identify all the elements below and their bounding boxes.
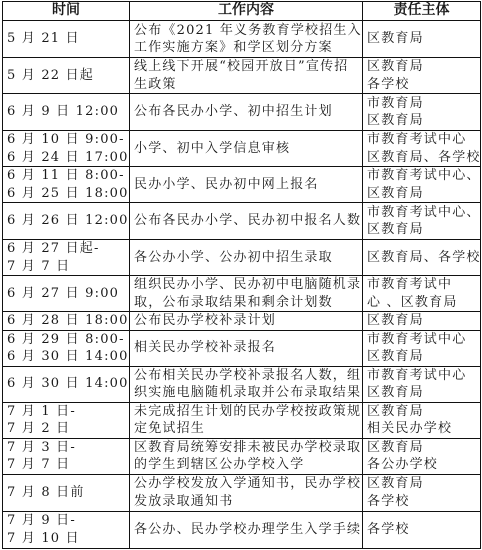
owner-cell-line: 区教育局 [367,348,480,366]
time-cell-line: 6 月 24 日 17:00 [7,149,129,167]
task-cell-line: 各公办小学、公办初中招生录取 [134,249,362,267]
owner-cell-line: 心 、区教育局 [367,294,480,312]
owner-cell-line: 区教育局 [367,475,480,493]
task-cell: 公布各民办小学、民办初中报名人数 [130,203,363,240]
task-cell-line: 生政策 [134,76,362,94]
owner-cell-line: 市教育考试中心、 [367,167,480,185]
table-row: 6 月 27 日起-7 月 7 日各公办小学、公办初中招生录取区教育局、各学校 [3,240,481,276]
owner-cell-line: 各学校 [367,493,480,511]
table-row: 6 月 11 日 8:00-6 月 25 日 18:00民办小学、民办初中网上报… [3,167,481,203]
task-cell: 公布相关民办学校补录报名人数，组织实施电脑随机录取并公布录取结果 [130,366,363,402]
owner-cell-line: 各学校 [367,521,480,539]
task-cell-line: 公办学校发放入学通知书，民办学校 [134,475,362,493]
table-row: 6 月 10 日 9:00-6 月 24 日 17:00小学、初中入学信息审核市… [3,131,481,167]
owner-cell-line: 各学校 [367,76,480,94]
time-cell: 5 月 21 日 [3,21,130,58]
task-cell-line: 公布民办学校补录计划 [134,312,362,330]
table-row: 5 月 22 日起线上线下开展“校园开放日”宣传招生政策区教育局各学校 [3,58,481,94]
header-task: 工作内容 [130,2,363,21]
time-cell: 7 月 3 日-7 月 7 日 [3,438,130,474]
task-cell-line: 织实施电脑随机录取并公布录取结果 [134,384,362,402]
owner-cell-line: 市教育考试中心 [367,331,480,349]
task-cell-line: 取，公布录取结果和剩余计划数 [134,294,362,312]
owner-cell-line: 区教育局 [367,312,480,330]
owner-cell: 区教育局 [363,312,481,331]
task-cell: 各公办、民办学校办理学生入学手续 [130,511,363,548]
owner-cell-line: 相关民办学校 [367,420,480,438]
owner-cell-line: 市教育局 [367,95,480,113]
time-cell-line: 6 月 10 日 9:00- [7,131,129,149]
owner-cell: 区教育局各公办学校 [363,438,481,474]
task-cell: 线上线下开展“校园开放日”宣传招生政策 [130,58,363,94]
owner-cell-line: 区教育局 [367,439,480,457]
owner-cell-line: 区教育局 [367,221,480,239]
time-cell-line: 7 月 8 日前 [7,484,129,502]
owner-cell-line: 区教育局 [367,112,480,130]
time-cell-line: 6 月 27 日起- [7,240,129,258]
task-cell-line: 区教育局统筹安排未被民办学校录取 [134,439,362,457]
task-cell: 各公办小学、公办初中招生录取 [130,240,363,276]
table-row: 6 月 30 日 14:00公布相关民办学校补录报名人数，组织实施电脑随机录取并… [3,366,481,402]
time-cell-line: 6 月 25 日 18:00 [7,185,129,203]
time-cell-line: 6 月 30 日 14:00 [7,348,129,366]
task-cell-line: 未完成招生计划的民办学校按政策规 [134,403,362,421]
time-cell: 6 月 29 日 8:00-6 月 30 日 14:00 [3,330,130,366]
task-cell-line: 公布相关民办学校补录报名人数，组 [134,367,362,385]
header-owner: 责任主体 [363,2,481,21]
task-cell: 民办小学、民办初中网上报名 [130,167,363,203]
task-cell-line: 小学、初中入学信息审核 [134,140,362,158]
table-row: 6 月 29 日 8:00-6 月 30 日 14:00相关民办学校补录报名市教… [3,330,481,366]
time-cell: 5 月 22 日起 [3,58,130,94]
time-cell-line: 6 月 11 日 8:00- [7,167,129,185]
time-cell-line: 5 月 22 日起 [7,67,129,85]
task-cell-line: 公布《2021 年义务教育学校招生入学 [134,22,362,40]
task-cell: 公布《2021 年义务教育学校招生入学工作实施方案》和学区划分方案 [130,21,363,58]
owner-cell-line: 区教育局、各学校 [367,249,480,267]
owner-cell-line: 市教育考试中心、 [367,204,480,222]
task-cell: 小学、初中入学信息审核 [130,131,363,167]
task-cell-line: 组织民办小学、民办初中电脑随机录 [134,276,362,294]
owner-cell-line: 各公办学校 [367,456,480,474]
time-cell: 6 月 26 日 12:00 [3,203,130,240]
time-cell-line: 7 月 3 日- [7,439,129,457]
time-cell: 6 月 30 日 14:00 [3,366,130,402]
task-cell-line: 相关民办学校补录报名 [134,339,362,357]
table-row: 6 月 9 日 12:00公布各民办小学、初中招生计划市教育局区教育局 [3,94,481,131]
owner-cell-line: 区教育局 [367,384,480,402]
owner-cell: 市教育考试中心、区教育局 [363,203,481,240]
owner-cell-line: 区教育局 [367,403,480,421]
owner-cell: 市教育考试中心 、区教育局 [363,276,481,312]
time-cell-line: 7 月 2 日 [7,420,129,438]
time-cell: 6 月 27 日 9:00 [3,276,130,312]
owner-cell: 市教育考试中心区教育局 [363,330,481,366]
owner-cell: 区教育局相关民办学校 [363,402,481,438]
time-cell-line: 6 月 26 日 12:00 [7,212,129,230]
owner-cell: 各学校 [363,511,481,548]
time-cell-line: 6 月 27 日 9:00 [7,285,129,303]
time-cell-line: 7 月 10 日 [7,530,129,548]
table-row: 7 月 8 日前公办学校发放入学通知书，民办学校发放录取通知书区教育局各学校 [3,474,481,511]
time-cell: 6 月 28 日 18:00 前 [3,312,130,331]
task-cell: 区教育局统筹安排未被民办学校录取的学生到辖区公办学校入学 [130,438,363,474]
owner-cell: 区教育局、各学校 [363,240,481,276]
owner-cell: 区教育局各学校 [363,474,481,511]
time-cell-line: 7 月 9 日- [7,512,129,530]
time-cell: 6 月 10 日 9:00-6 月 24 日 17:00 [3,131,130,167]
table-row: 7 月 9 日-7 月 10 日各公办、民办学校办理学生入学手续各学校 [3,511,481,548]
task-cell: 未完成招生计划的民办学校按政策规定免试招生 [130,402,363,438]
time-cell: 6 月 27 日起-7 月 7 日 [3,240,130,276]
task-cell-line: 各公办、民办学校办理学生入学手续 [134,521,362,539]
time-cell-line: 6 月 9 日 12:00 [7,103,129,121]
time-cell: 6 月 11 日 8:00-6 月 25 日 18:00 [3,167,130,203]
task-cell: 组织民办小学、民办初中电脑随机录取，公布录取结果和剩余计划数 [130,276,363,312]
owner-cell-line: 市教育考试中心 [367,367,480,385]
owner-cell: 市教育考试中心、区教育局 [363,167,481,203]
owner-cell: 市教育考试中心区教育局 [363,366,481,402]
owner-cell-line: 区教育局 [367,30,480,48]
task-cell-line: 公布各民办小学、民办初中报名人数 [134,212,362,230]
time-cell-line: 6 月 29 日 8:00- [7,331,129,349]
time-cell-line: 7 月 7 日 [7,258,129,276]
enrollment-schedule-table: 时间 工作内容 责任主体 5 月 21 日公布《2021 年义务教育学校招生入学… [2,1,481,549]
header-row: 时间 工作内容 责任主体 [3,2,481,21]
task-cell: 公布民办学校补录计划 [130,312,363,331]
table-row: 7 月 1 日-7 月 2 日未完成招生计划的民办学校按政策规定免试招生区教育局… [3,402,481,438]
time-cell-line: 6 月 28 日 18:00 前 [7,312,129,330]
owner-cell: 区教育局各学校 [363,58,481,94]
table-row: 5 月 21 日公布《2021 年义务教育学校招生入学工作实施方案》和学区划分方… [3,21,481,58]
task-cell: 公办学校发放入学通知书，民办学校发放录取通知书 [130,474,363,511]
task-cell-line: 民办小学、民办初中网上报名 [134,176,362,194]
time-cell: 6 月 9 日 12:00 [3,94,130,131]
owner-cell-line: 区教育局 [367,58,480,76]
task-cell-line: 的学生到辖区公办学校入学 [134,456,362,474]
table-row: 6 月 26 日 12:00公布各民办小学、民办初中报名人数市教育考试中心、区教… [3,203,481,240]
time-cell-line: 6 月 30 日 14:00 [7,375,129,393]
owner-cell-line: 区教育局 [367,185,480,203]
owner-cell: 市教育考试中心区教育局、各学校 [363,131,481,167]
table-row: 7 月 3 日-7 月 7 日区教育局统筹安排未被民办学校录取的学生到辖区公办学… [3,438,481,474]
time-cell: 7 月 1 日-7 月 2 日 [3,402,130,438]
time-cell-line: 7 月 1 日- [7,403,129,421]
owner-cell-line: 市教育考试中心 [367,131,480,149]
task-cell-line: 公布各民办小学、初中招生计划 [134,103,362,121]
owner-cell-line: 市教育考试中 [367,276,480,294]
task-cell-line: 定免试招生 [134,420,362,438]
time-cell: 7 月 8 日前 [3,474,130,511]
owner-cell: 市教育局区教育局 [363,94,481,131]
time-cell-line: 5 月 21 日 [7,30,129,48]
time-cell: 7 月 9 日-7 月 10 日 [3,511,130,548]
task-cell: 公布各民办小学、初中招生计划 [130,94,363,131]
task-cell-line: 线上线下开展“校园开放日”宣传招 [134,58,362,76]
task-cell-line: 工作实施方案》和学区划分方案 [134,39,362,57]
table-row: 6 月 27 日 9:00组织民办小学、民办初中电脑随机录取，公布录取结果和剩余… [3,276,481,312]
header-time: 时间 [3,2,130,21]
owner-cell-line: 区教育局、各学校 [367,149,480,167]
owner-cell: 区教育局 [363,21,481,58]
task-cell-line: 发放录取通知书 [134,493,362,511]
task-cell: 相关民办学校补录报名 [130,330,363,366]
table-row: 6 月 28 日 18:00 前公布民办学校补录计划区教育局 [3,312,481,331]
time-cell-line: 7 月 7 日 [7,456,129,474]
